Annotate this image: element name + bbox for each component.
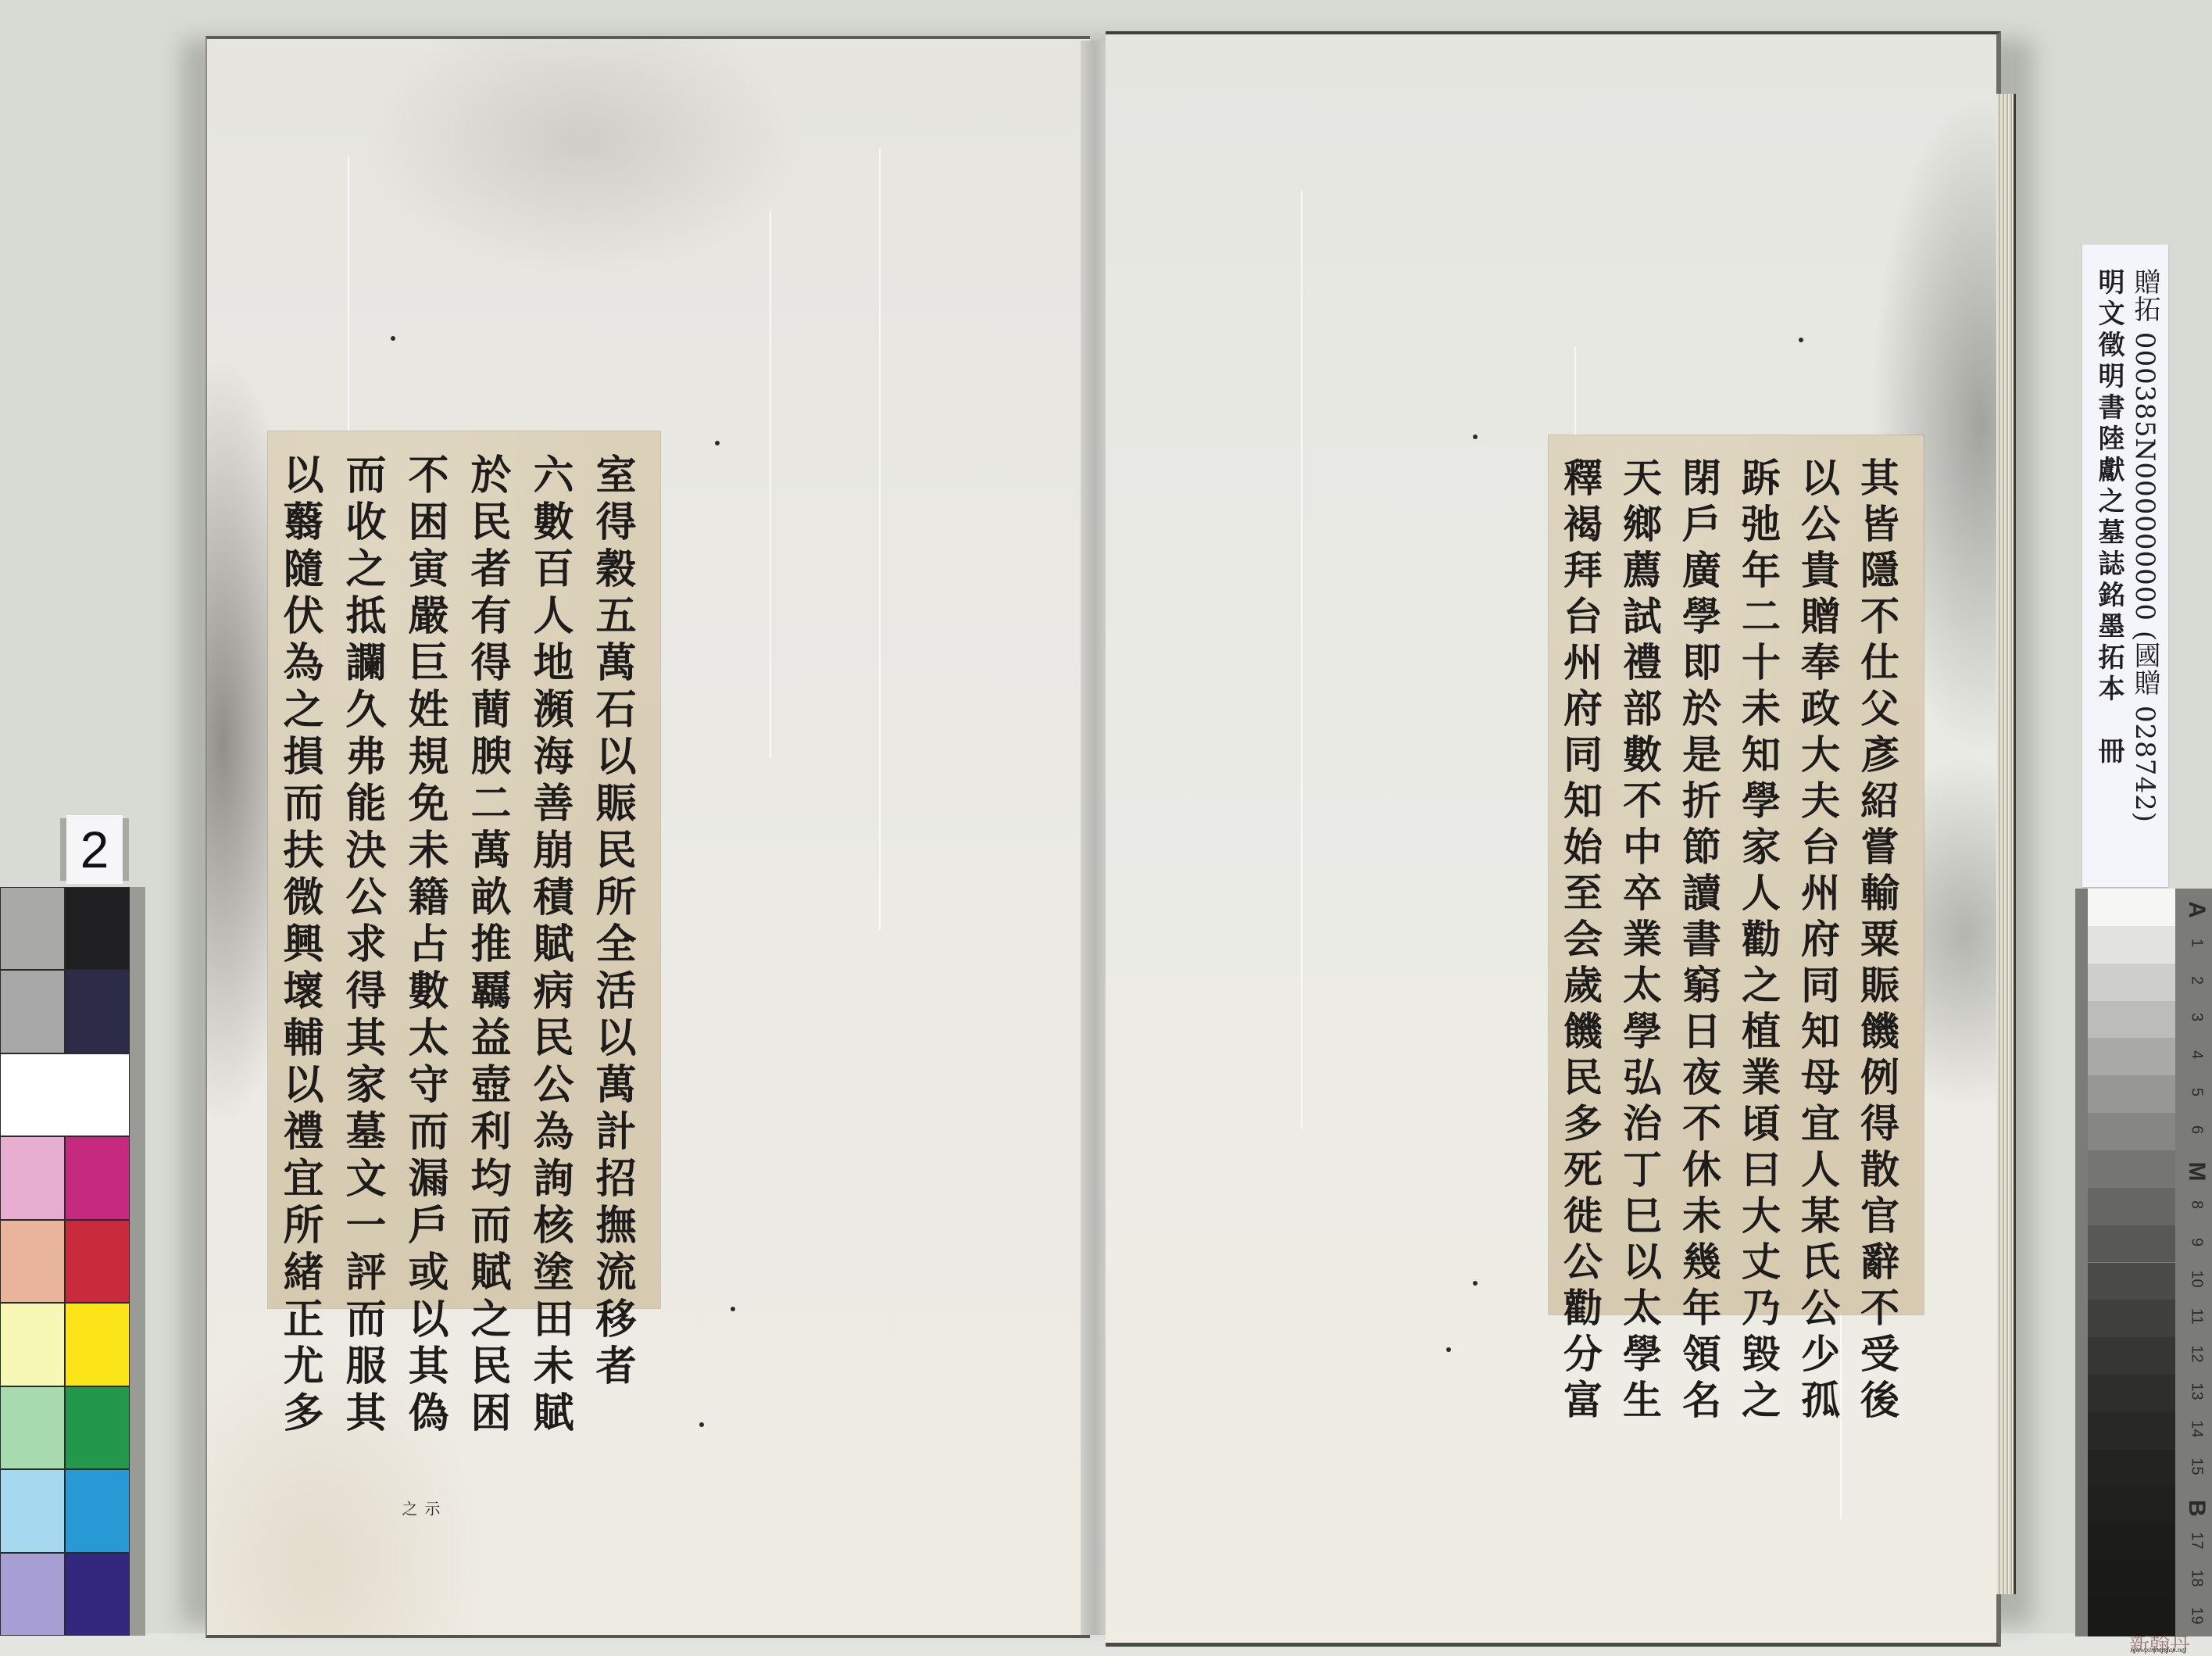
text-column: 室得穀五萬石以賑民所全活以萬計招撫流移者 [581, 453, 643, 1293]
color-swatch [0, 1136, 65, 1219]
color-swatch [0, 1386, 65, 1469]
text-column: 不困寅嚴巨姓規免未籍占數太守而漏戶或以其偽 [393, 453, 456, 1293]
color-swatch [0, 1303, 65, 1386]
gray-step-swatch [2088, 1524, 2175, 1561]
color-swatch [0, 1220, 65, 1303]
page-number-card: 2 [66, 815, 123, 884]
color-swatch [65, 1553, 130, 1636]
calligraphy-panel-left: 室得穀五萬石以賑民所全活以萬計招撫流移者 六數百人地瀕海善崩積賦病民公為詢核塗田… [268, 431, 660, 1308]
gray-step-swatch [2088, 1263, 2175, 1300]
color-swatch [65, 1469, 130, 1552]
gray-step-swatch [2088, 1300, 2175, 1337]
paper-crease [879, 148, 881, 930]
page-number: 2 [66, 815, 123, 884]
gray-step-swatch [2088, 1561, 2175, 1599]
gray-step-swatch [2088, 1001, 2175, 1039]
gray-step-label: 19 [2188, 1603, 2206, 1629]
binding-hole [715, 441, 720, 445]
text-column: 跅弛年二十未知學家人勸之植業頃曰大丈乃毀之 [1728, 457, 1788, 1299]
text-column: 釋褐拜台州府同知始至会歲饑民多死徙公勸分富 [1550, 457, 1610, 1299]
color-checker-card [0, 887, 130, 1636]
label-catalogue-number: 贈拓 000385N000000000 (國贈 028742) [2126, 268, 2164, 823]
gray-step-label: 17 [2188, 1528, 2206, 1554]
gray-step-swatch [2088, 1113, 2175, 1150]
catalogue-label-card: 贈拓 000385N000000000 (國贈 028742) 明文徵明書陸獻之… [2082, 245, 2168, 887]
gray-step-label: 10 [2188, 1266, 2206, 1293]
book-fore-edge [1996, 94, 2016, 1594]
binding-hole [391, 336, 395, 341]
gray-step-swatch [2088, 1487, 2175, 1525]
gray-step-label: B [2183, 1495, 2210, 1522]
text-column: 於民者有得蕳腴二萬畝推覊益壺利均而賦之民困 [456, 453, 518, 1293]
text-column: 以公貴贈奉政大夫台州府同知母宜人某氏公少孤 [1788, 457, 1847, 1299]
gray-step-swatch [2088, 889, 2175, 926]
color-swatch [0, 1553, 65, 1636]
gray-step-label: M [2183, 1158, 2210, 1185]
gray-step-label: 11 [2188, 1304, 2206, 1330]
color-swatch [65, 1136, 130, 1219]
gray-step-label: 13 [2188, 1378, 2206, 1404]
margin-note: 示之 [398, 1500, 443, 1516]
text-column: 其皆隱不仕父彥紹嘗輸粟賑饑例得散官辭不受後 [1847, 457, 1906, 1299]
color-swatch [0, 1469, 65, 1552]
paper-crease [1301, 191, 1303, 1128]
gray-step-label: 8 [2188, 1191, 2206, 1218]
gray-step-swatch [2088, 964, 2175, 1001]
text-column: 以蘙隨伏為之損而扶微興壞輔以禮宜所緒正尤多 [268, 453, 331, 1293]
gray-step-label: 15 [2188, 1453, 2206, 1479]
gray-step-swatch [2088, 1075, 2175, 1113]
gray-step-label: 18 [2188, 1565, 2206, 1592]
color-swatch [65, 1386, 130, 1469]
gray-step-swatch [2088, 1188, 2175, 1225]
color-swatch [65, 1220, 130, 1303]
gray-step-swatch [2088, 1450, 2175, 1487]
binding-hole [1473, 1281, 1478, 1286]
gray-step-swatch [2088, 1412, 2175, 1450]
binding-hole [1799, 338, 1803, 342]
gray-step-label: 9 [2188, 1229, 2206, 1255]
gray-step-swatch [2088, 926, 2175, 964]
color-swatch [65, 887, 130, 970]
gray-step-swatch [2088, 1150, 2175, 1188]
binding-hole [731, 1307, 735, 1311]
gray-step-swatch [2088, 1225, 2175, 1263]
binding-hole [699, 1422, 704, 1427]
text-column: 而收之抵讕久弗能決公求得其家墓文一評而服其 [331, 453, 393, 1293]
text-column: 閉戶廣學即於是折節讀書窮日夜不休未幾年領名 [1669, 457, 1728, 1299]
gray-step-label: 1 [2188, 929, 2206, 956]
color-swatch [0, 887, 65, 970]
color-swatch [65, 1303, 130, 1386]
gray-step-label: 4 [2188, 1042, 2206, 1068]
gray-step-label: 12 [2188, 1341, 2206, 1368]
color-checker-edge [130, 887, 145, 1636]
calligraphy-panel-right: 其皆隱不仕父彥紹嘗輸粟賑饑例得散官辭不受後 以公貴贈奉政大夫台州府同知母宜人某氏… [1549, 435, 1924, 1314]
label-title: 明文徵明書陸獻之墓誌銘墨拓本 冊 [2090, 268, 2128, 768]
watermark-url: www.xinhandan.net [2131, 1646, 2186, 1654]
color-swatch [0, 970, 65, 1053]
gray-step-label: 3 [2188, 1004, 2206, 1031]
text-column: 六數百人地瀕海善崩積賦病民公為詢核塗田未賦 [518, 453, 581, 1293]
gray-step-label: A [2183, 896, 2210, 923]
color-swatch [65, 970, 130, 1053]
gray-step-swatch [2088, 1337, 2175, 1375]
paper-crease [770, 211, 771, 758]
grayscale-calibration-card: A123456M89101112131415B171819 [2075, 889, 2212, 1636]
gray-step-label: 6 [2188, 1117, 2206, 1143]
text-column: 天鄉薦試禮部數不中卒業太學弘治丁巳以太學生 [1610, 457, 1669, 1299]
binding-hole [1473, 435, 1478, 439]
gray-step-swatch [2088, 1375, 2175, 1412]
color-swatch [0, 1053, 130, 1136]
gray-step-label: 14 [2188, 1415, 2206, 1442]
binding-hole [1446, 1347, 1451, 1352]
gray-step-swatch [2088, 1038, 2175, 1075]
gray-step-label: 2 [2188, 967, 2206, 993]
gray-step-label: 5 [2188, 1079, 2206, 1106]
